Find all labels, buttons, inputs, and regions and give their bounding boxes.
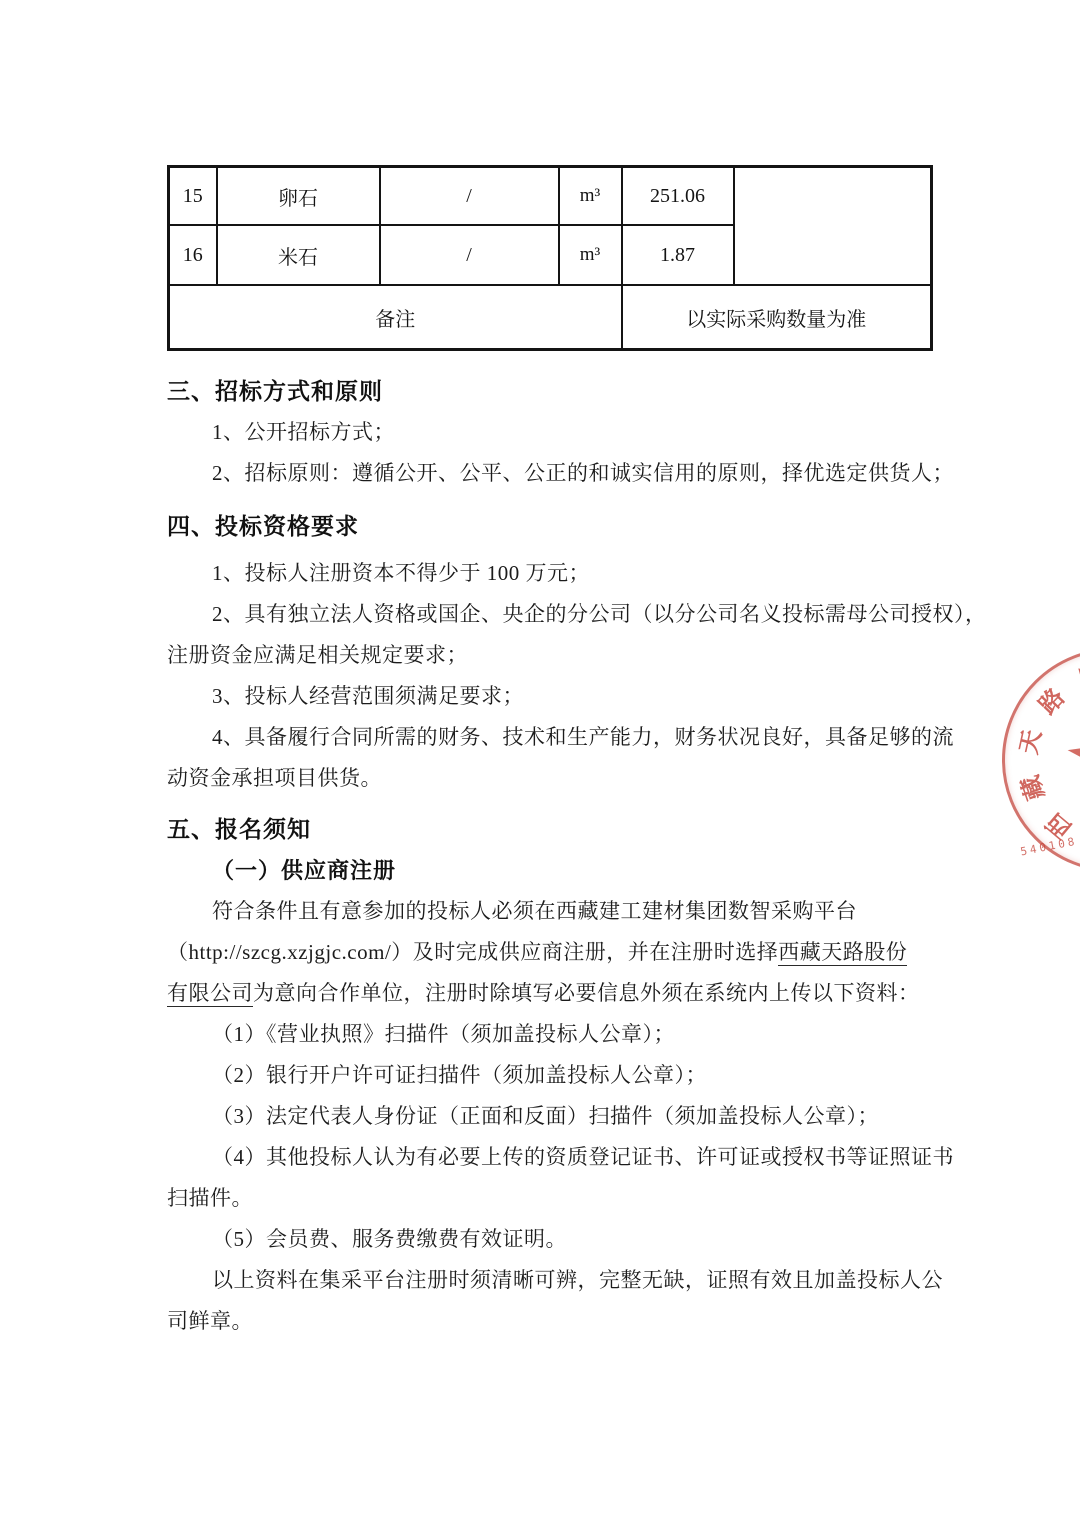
seal-character: 路 [1029, 679, 1071, 720]
seal-character: 天 [1008, 726, 1047, 757]
cell-quantity: 251.06 [622, 167, 734, 226]
table-remark-row: 备注 以实际采购数量为准 [169, 285, 932, 350]
document-body: 15 卵石 / m³ 251.06 16 米石 / m³ 1.87 备注 以实际… [167, 165, 930, 1342]
section-5-item-3: （3）法定代表人身份证（正面和反面）扫描件（须加盖投标人公章）； [167, 1096, 930, 1137]
section-4-item-2-line-2: 注册资金应满足相关规定要求； [167, 635, 930, 676]
section-5-title: 五、报名须知 [167, 809, 930, 850]
cell-spec: / [380, 167, 559, 226]
section-5-item-2: （2）银行开户许可证扫描件（须加盖投标人公章）； [167, 1055, 930, 1096]
seal-character: 西 [1037, 806, 1078, 848]
section-5-item-5: （5）会员费、服务费缴费有效证明。 [167, 1219, 930, 1260]
section-4-item-3: 3、投标人经营范围须满足要求； [167, 676, 930, 717]
section-4-item-1: 1、投标人注册资本不得少于 100 万元； [167, 553, 930, 594]
section-5-item-4-line-1: （4）其他投标人认为有必要上传的资质登记证书、许可证或授权书等证照证书 [167, 1137, 930, 1178]
star-icon: ★ [1053, 689, 1080, 821]
cell-remark-empty [734, 167, 932, 286]
closing-paragraph-line-2: 司鲜章。 [167, 1301, 930, 1342]
cell-index: 15 [169, 167, 217, 226]
document-page: { "table": { "rows": [ {"no": "15", "nam… [0, 0, 1080, 1527]
section-3-item-2: 2、招标原则：遵循公开、公平、公正的和诚实信用的原则，择优选定供货人； [167, 453, 930, 494]
company-name-underlined: 有限公司 [167, 981, 253, 1007]
cell-index: 16 [169, 225, 217, 285]
section-5-subtitle: （一）供应商注册 [167, 850, 930, 891]
section-4-item-4-line-1: 4、具备履行合同所需的财务、技术和生产能力，财务状况良好，具备足够的流 [167, 717, 930, 758]
section-5-item-4-line-2: 扫描件。 [167, 1178, 930, 1219]
section-5-item-1: （1）《营业执照》扫描件（须加盖投标人公章）； [167, 1014, 930, 1055]
seal-ring [1002, 648, 1080, 872]
section-4-item-4-line-2: 动资金承担项目供货。 [167, 758, 930, 799]
company-seal: ★ 540108 西藏天路股份有限公司 [1002, 648, 1080, 872]
cell-material-name: 米石 [217, 225, 380, 285]
section-3-item-1: 1、公开招标方式； [167, 412, 930, 453]
section-5-paragraph-line-1: 符合条件且有意参加的投标人必须在西藏建工建材集团数智采购平台 [167, 891, 930, 932]
section-5-paragraph-line-2: （http://szcg.xzjgjc.com/）及时完成供应商注册，并在注册时… [167, 932, 930, 973]
remark-label: 备注 [169, 285, 622, 350]
cell-unit: m³ [559, 167, 622, 226]
seal-number: 540108 [1019, 835, 1078, 859]
cell-quantity: 1.87 [622, 225, 734, 285]
section-3-title: 三、招标方式和原则 [167, 371, 930, 412]
table-row: 15 卵石 / m³ 251.06 [169, 167, 932, 226]
seal-character: 股 [1074, 655, 1080, 695]
paragraph-text: 为意向合作单位，注册时除填写必要信息外须在系统内上传以下资料： [253, 981, 920, 1005]
company-name-underlined: 西藏天路股份 [778, 940, 907, 966]
cell-material-name: 卵石 [217, 167, 380, 226]
seal-character: 藏 [1010, 771, 1051, 805]
registration-url-text: （http://szcg.xzjgjc.com/）及时完成供应商注册，并在注册时… [167, 940, 778, 964]
cell-unit: m³ [559, 225, 622, 285]
remark-value: 以实际采购数量为准 [622, 285, 932, 350]
section-5-paragraph-line-3: 有限公司为意向合作单位，注册时除填写必要信息外须在系统内上传以下资料： [167, 973, 930, 1014]
cell-spec: / [380, 225, 559, 285]
section-4-item-2-line-1: 2、具有独立法人资格或国企、央企的分公司（以分公司名义投标需母公司授权）， [167, 594, 930, 635]
section-4-title: 四、投标资格要求 [167, 506, 930, 547]
closing-paragraph-line-1: 以上资料在集采平台注册时须清晰可辨，完整无缺，证照有效且加盖投标人公 [167, 1260, 930, 1301]
materials-table: 15 卵石 / m³ 251.06 16 米石 / m³ 1.87 备注 以实际… [167, 165, 933, 351]
